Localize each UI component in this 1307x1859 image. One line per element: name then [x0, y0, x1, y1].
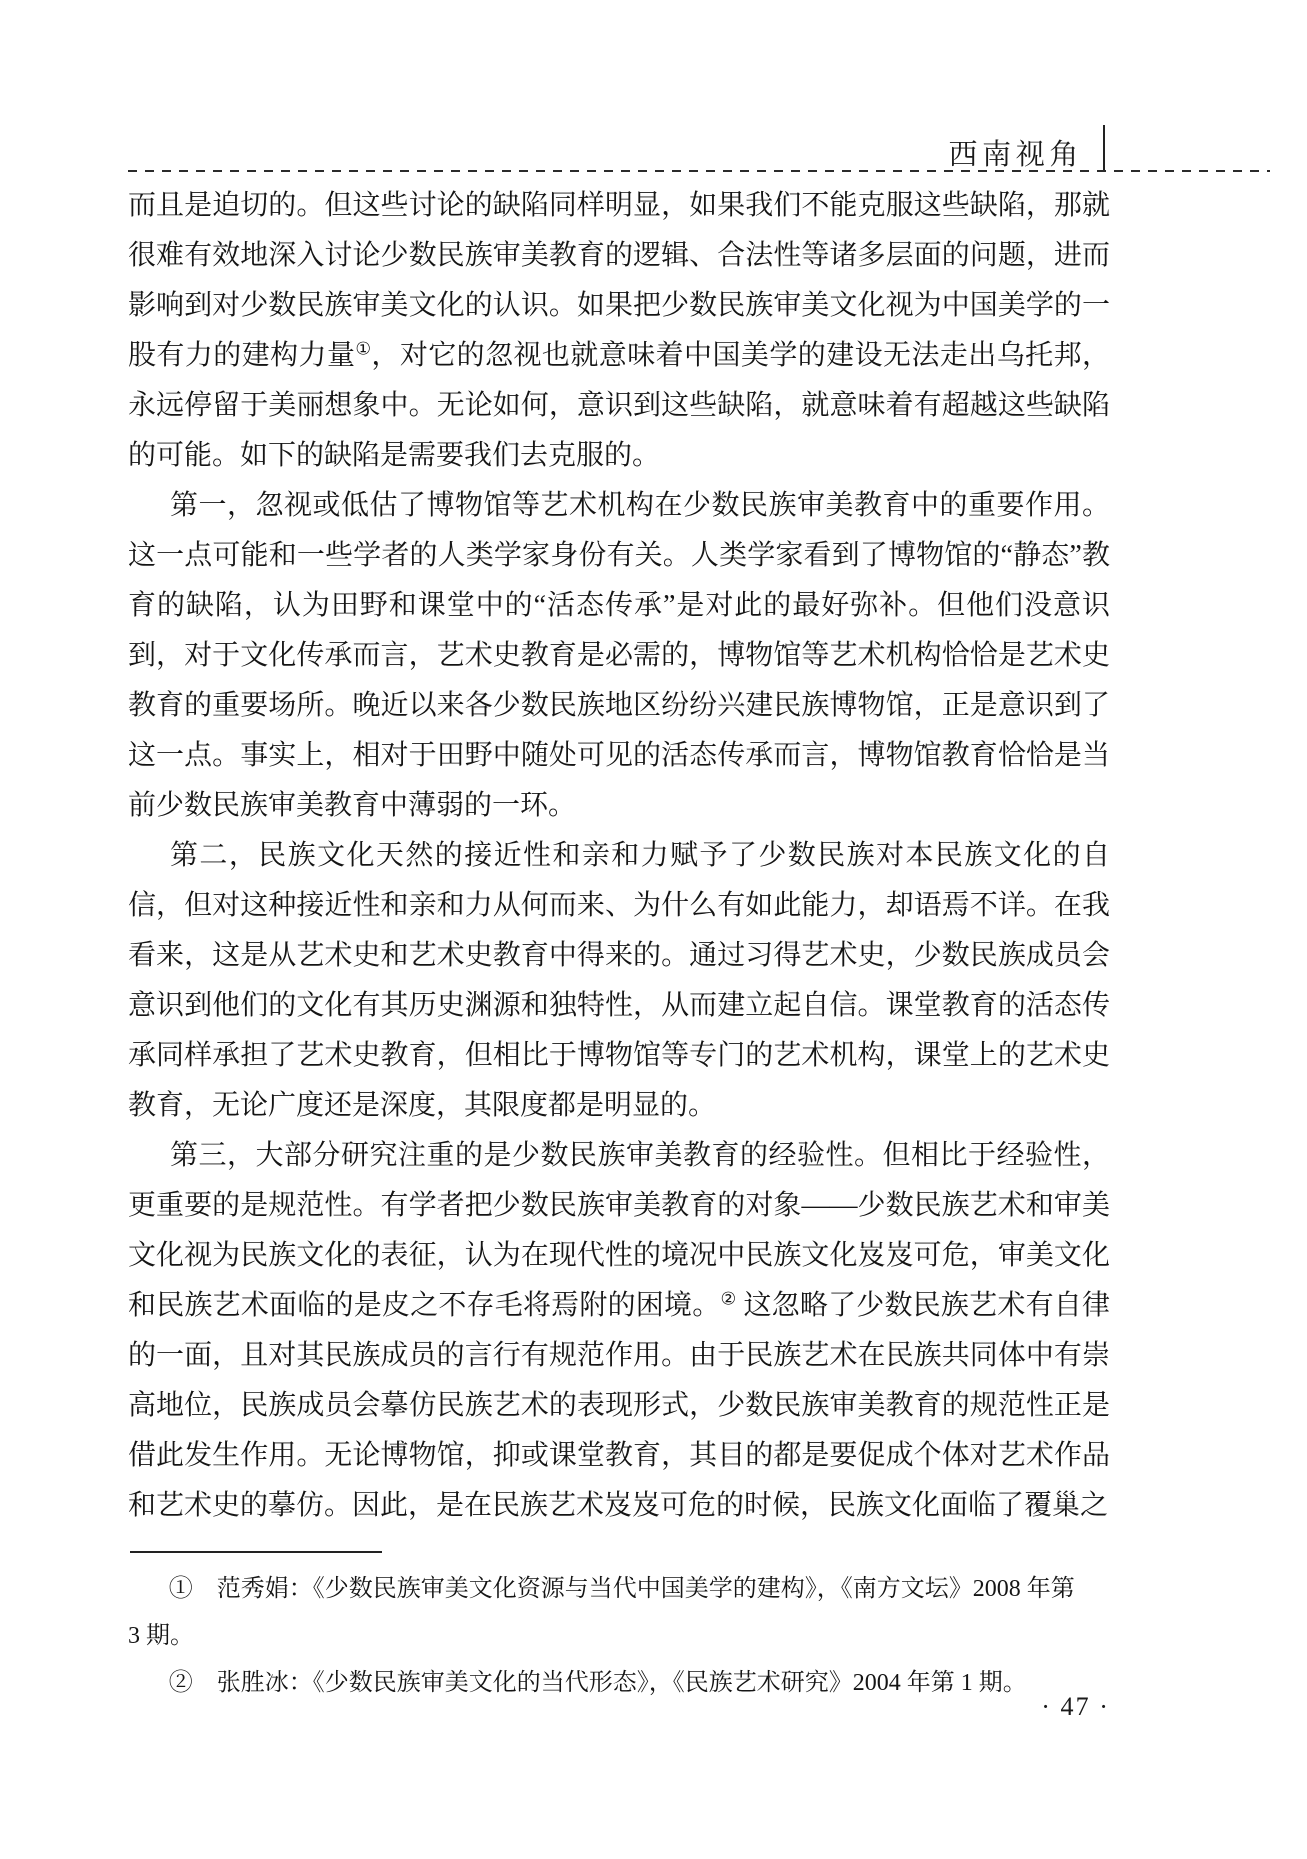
text-run: 第二，民族文化天然的接近性和亲和力赋予了少数民族对本民族文化的自信，但对这种接近…: [128, 840, 1110, 1121]
footnote-ref-marker: ①: [355, 339, 371, 358]
footnote-separator: [130, 1551, 382, 1553]
header-divider-bar: [1103, 125, 1105, 172]
paragraph: 而且是迫切的。但这些讨论的缺陷同样明显，如果我们不能克服这些缺陷，那就很难有效地…: [128, 181, 1110, 481]
text-run: 第一，忽视或低估了博物馆等艺术机构在少数民族审美教育中的重要作用。这一点可能和一…: [128, 490, 1110, 821]
header-dashed-rule: [128, 170, 1270, 172]
paragraph: 第一，忽视或低估了博物馆等艺术机构在少数民族审美教育中的重要作用。这一点可能和一…: [128, 481, 1110, 831]
document-page: 西南视角 而且是迫切的。但这些讨论的缺陷同样明显，如果我们不能克服这些缺陷，那就…: [0, 0, 1307, 1859]
paragraph: 第三，大部分研究注重的是少数民族审美教育的经验性。但相比于经验性，更重要的是规范…: [128, 1131, 1110, 1531]
header-title: 西南视角: [948, 132, 1083, 173]
body-paragraphs: 而且是迫切的。但这些讨论的缺陷同样明显，如果我们不能克服这些缺陷，那就很难有效地…: [128, 181, 1110, 1531]
footnote-line: ① 范秀娟：《少数民族审美文化资源与当代中国美学的建构》，《南方文坛》2008 …: [128, 1566, 1138, 1613]
footnotes-list: ① 范秀娟：《少数民族审美文化资源与当代中国美学的建构》，《南方文坛》2008 …: [128, 1566, 1138, 1707]
paragraph: 第二，民族文化天然的接近性和亲和力赋予了少数民族对本民族文化的自信，但对这种接近…: [128, 831, 1110, 1131]
text-run: 这忽略了少数民族艺术有自律的一面，且对其民族成员的言行有规范作用。由于民族艺术在…: [128, 1290, 1110, 1521]
footnote-ref-marker: ②: [720, 1289, 736, 1308]
page-number: · 47 ·: [128, 1692, 1110, 1722]
footnote-line: 3 期。: [128, 1613, 1138, 1660]
